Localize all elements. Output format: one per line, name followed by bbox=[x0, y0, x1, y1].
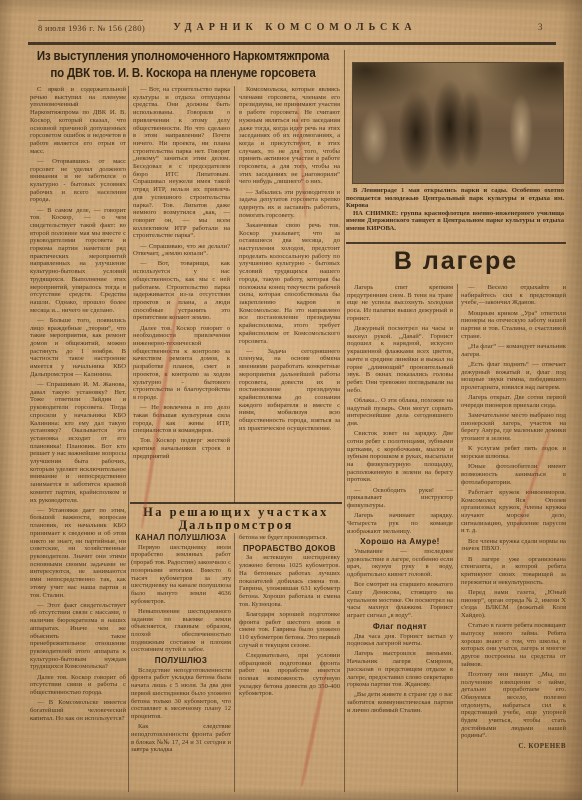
paragraph: Свисток зовет на зарядку. Две сотни ребя… bbox=[347, 430, 453, 484]
lead-headline: Из выступления уполномоченного Наркомтяж… bbox=[24, 49, 342, 81]
lead-headline-line1: Из выступления уполномоченного Наркомтяж… bbox=[24, 49, 342, 65]
camp-subhead-amur: Хорошо на Амуре! bbox=[347, 538, 453, 546]
paragraph: — Оторвавшись от масс горсовет не уделял… bbox=[30, 158, 126, 204]
camp-article-column-1: Лагерь спит крепким предутренним сном. В… bbox=[347, 284, 453, 792]
paragraph: Два часа дня. Горнист застыл у подножья … bbox=[347, 633, 453, 648]
author-signature: С. КОРЕНЕВ bbox=[461, 743, 566, 751]
section-column-a: КАНАЛ ПОЛУШЛЮЗА Первую шестидневку июля … bbox=[131, 534, 231, 792]
paragraph: — Не вовлечена в это дело такая большая … bbox=[133, 404, 230, 435]
masthead-rule bbox=[28, 42, 556, 45]
paragraph: Юные фотолюбители имеют возможность зани… bbox=[461, 463, 566, 486]
photo-caption-snimke: НА СНИМКЕ: группа краснофлотцев военно-и… bbox=[346, 210, 564, 233]
paragraph: Дежурный посмотрел на часы и махнул руко… bbox=[347, 325, 453, 394]
paragraph: „На флаг“ — командует начальник лагеря. bbox=[461, 343, 566, 358]
paragraph: — Задача сегодняшнего пленума, на основе… bbox=[239, 348, 340, 433]
paragraph: Благодаря хорошей подготовке фронта рабо… bbox=[239, 611, 340, 650]
paragraph: Первую шестидневку июля прорабство земля… bbox=[131, 544, 231, 606]
section-column-b: бетона не будет производиться. ПРОРАБСТВ… bbox=[239, 534, 340, 792]
camp-col1-part3: Два часа дня. Горнист застыл у подножья … bbox=[347, 633, 453, 715]
lead-headline-line2: по ДВК тов. И. В. Коскора на пленуме гор… bbox=[24, 65, 342, 81]
column-rule-2b bbox=[234, 533, 235, 792]
lead-article-column-1: С яркой и содержательной речью выступил … bbox=[30, 86, 126, 792]
paragraph: Далее тов. Коскор говорит об отсутствии … bbox=[30, 674, 126, 697]
paragraph: — Этот факт свидетельствует об отсутстви… bbox=[30, 602, 126, 671]
paragraph: — В самом деле, — говорит тов. Коскор, —… bbox=[30, 207, 126, 315]
canal-article-text: Первую шестидневку июля прорабство земля… bbox=[131, 544, 231, 654]
column-rule-2 bbox=[234, 86, 235, 503]
paragraph: Все смотрят на старшего вожатого Сашу Де… bbox=[347, 581, 453, 620]
paragraph: Замечательное место выбрано под пионерск… bbox=[461, 412, 566, 443]
camp-subhead-flag: Флаг поднят bbox=[347, 623, 453, 631]
paragraph: Невыполнение шестидневного задания по вы… bbox=[131, 608, 231, 654]
paragraph: — Установки дает по этим, большой важнос… bbox=[30, 507, 126, 599]
paragraph: Умывание — последнее удовольствие в лаге… bbox=[347, 548, 453, 579]
paragraph: Перед нами газета, „Юный пионер“, орган … bbox=[461, 589, 566, 620]
camp-article-title: В лагере bbox=[346, 247, 566, 276]
paragraph: Как следствие неподготовленности фронта … bbox=[131, 723, 231, 754]
paragraph: Вследствие неподготовленности фронта раб… bbox=[131, 667, 231, 721]
camp-col1-part2: Умывание — последнее удовольствие в лаге… bbox=[347, 548, 453, 620]
paragraph: Лагерь начинает зарядку. Четыреста рук п… bbox=[347, 512, 453, 535]
paragraph: Все члены кружка сдали нормы на значок П… bbox=[461, 538, 566, 553]
photo-caption: В Ленинграде 1 мая открылись парки и сад… bbox=[346, 187, 564, 233]
paragraph: „Есть флаг поднять“ — отвечает дежурный … bbox=[461, 361, 566, 392]
doki-lead-in: бетона не будет производиться. bbox=[239, 534, 340, 542]
issue-date: 8 июля 1936 г. № 156 (280) bbox=[38, 23, 145, 33]
camp-section-rule bbox=[346, 242, 566, 244]
paragraph: С яркой и содержательной речью выступил … bbox=[30, 86, 126, 155]
paragraph: Тов. Коскор подверг жесткой критике нача… bbox=[133, 437, 230, 460]
paragraph: — Спрашиваю И. М. Жанова, давал такую ус… bbox=[30, 381, 126, 504]
paragraph: Лагерь спит крепким предутренним сном. В… bbox=[347, 284, 453, 323]
paragraph: Мощным криком „Ура“ ответили пионеры на … bbox=[461, 310, 566, 341]
paragraph: Заканчивая свою речь тов. Коскор указыва… bbox=[239, 222, 340, 345]
lead-article-column-3: Комсомольска, которые являясь членами го… bbox=[239, 86, 340, 501]
column-rule-3 bbox=[344, 50, 345, 792]
newspaper-page: 8 июля 1936 г. № 156 (280) УДАРНИК КОМСО… bbox=[0, 0, 582, 800]
column-rule-4 bbox=[457, 284, 458, 792]
paragraph: — Больше того, появились лицо враждебные… bbox=[30, 317, 126, 379]
paragraph: — Забылись эти руководители и задача деп… bbox=[239, 189, 340, 220]
polushluz-article-title: ПОЛУШЛЮЗ bbox=[131, 657, 231, 665]
doki-article-title: ПРОРАБСТВО ДОКОВ bbox=[239, 545, 340, 553]
paragraph: К услугам ребят пять лодок и морская шлю… bbox=[461, 445, 566, 460]
paragraph: Облака... О эти облака, похожие на надут… bbox=[347, 397, 453, 428]
section-top-rule bbox=[130, 502, 342, 504]
paragraph: — Спрашиваю, что же делали? Отвечает, „з… bbox=[133, 243, 230, 258]
paragraph: Статью в газете ребята посвящают выпуску… bbox=[461, 622, 566, 668]
paragraph: — Освободить руки! — приказывает инструк… bbox=[347, 487, 453, 510]
paragraph: — Вот, товарищи, как используется у нас … bbox=[133, 260, 230, 322]
paragraph: За истекшую шестидневку уложено бетона 1… bbox=[239, 554, 340, 608]
masthead-small-rule bbox=[38, 20, 143, 21]
newspaper-title: УДАРНИК КОМСОМОЛЬСКА bbox=[150, 22, 440, 33]
section-title-line2: Дальпромстроя bbox=[128, 518, 344, 533]
park-dance-photo bbox=[352, 62, 564, 184]
paragraph: „Вы дети живете в стране где о вас забот… bbox=[347, 691, 453, 714]
camp-article-column-2: — Весело отдыхайте и набирайтесь сил к п… bbox=[461, 284, 566, 792]
paragraph: Комсомольска, которые являясь членами го… bbox=[239, 86, 340, 186]
paragraph: Поэтому они пишут: „Мы, по получению изв… bbox=[461, 671, 566, 740]
paragraph: В лагере уже организована стенгазета, в … bbox=[461, 556, 566, 587]
paragraph: Лагерь выстроился звеньями. Начальник ла… bbox=[347, 650, 453, 689]
paragraph: Лагерь открыт. Две сотни первой очереди … bbox=[461, 394, 566, 409]
canal-article-title: КАНАЛ ПОЛУШЛЮЗА bbox=[131, 534, 231, 542]
photo-caption-text: В Ленинграде 1 мая открылись парки и сад… bbox=[346, 187, 564, 210]
paragraph: — Весело отдыхайте и набирайтесь сил к п… bbox=[461, 284, 566, 307]
column-rule-1 bbox=[128, 86, 129, 792]
camp-col1-part1: Лагерь спит крепким предутренним сном. В… bbox=[347, 284, 453, 535]
paragraph: Далее тов. Коскор говорит о необходимост… bbox=[133, 325, 230, 402]
paragraph: — Вот, на строительство парка культуры и… bbox=[133, 86, 230, 240]
polushluz-article-text: Вследствие неподготовленности фронта раб… bbox=[131, 667, 231, 754]
page-number: 3 bbox=[538, 22, 543, 32]
camp-col2-text: — Весело отдыхайте и набирайтесь сил к п… bbox=[461, 284, 566, 740]
lead-article-column-2: — Вот, на строительство парка культуры и… bbox=[133, 86, 230, 501]
paragraph: Работает кружок юнвоенморов. Комсомолец … bbox=[461, 489, 566, 535]
paragraph: — В Комсомольске имеется богатейший чело… bbox=[30, 699, 126, 722]
